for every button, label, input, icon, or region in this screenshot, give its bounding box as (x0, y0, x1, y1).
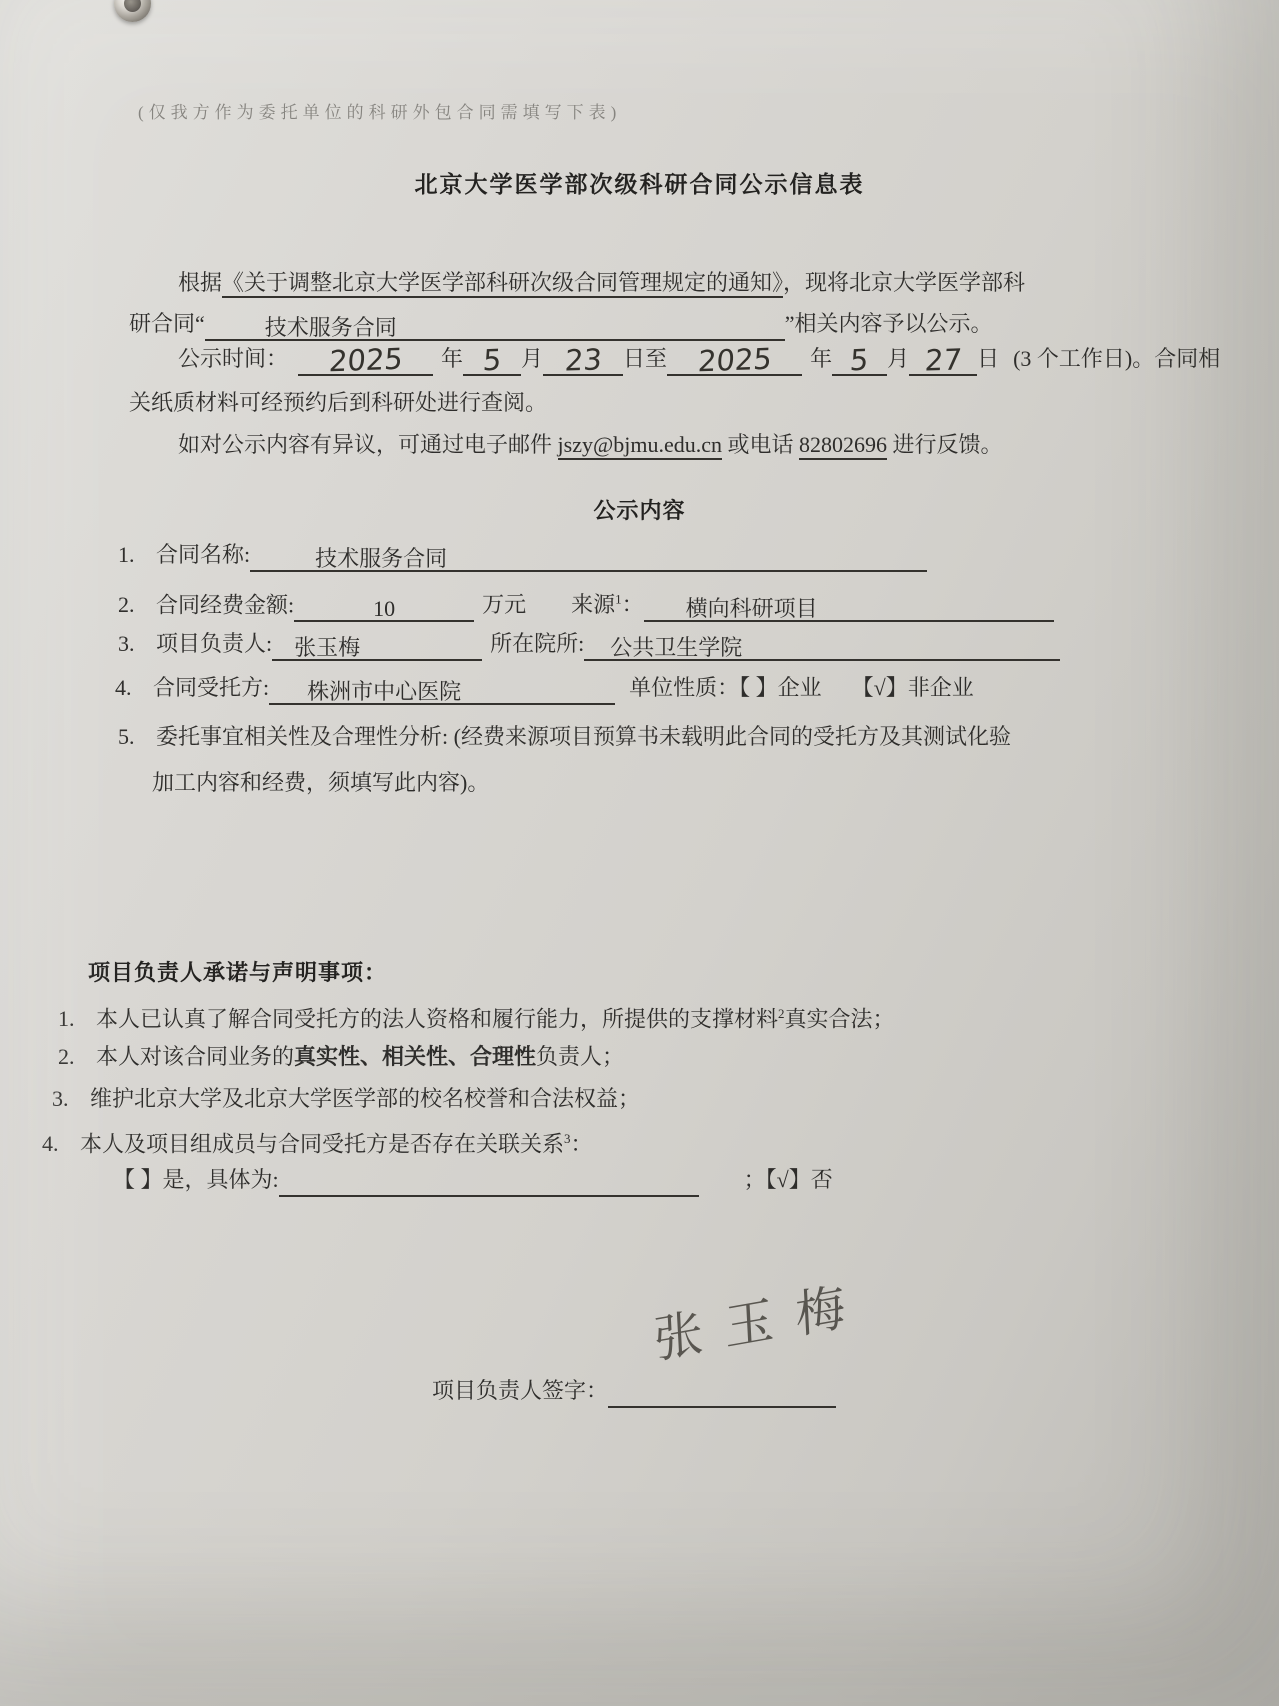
item3-dept-value: 公共卫生学院 (610, 635, 742, 660)
item3-value: 张玉梅 (294, 635, 360, 660)
item2-amount: 10 (373, 596, 395, 621)
item2-source-label: 来源1： (571, 592, 644, 617)
feedback-line: 如对公示内容有异议，可通过电子邮件 jszy@bjmu.edu.cn 或电话 8… (178, 428, 1003, 462)
form-title: 北京大学医学部次级科研合同公示信息表 (0, 168, 1279, 202)
content-item-3: 3.项目负责人:张玉梅所在院所:公共卫生学院 (118, 627, 1060, 661)
feedback-mid: 或电话 (722, 432, 799, 457)
item3-dept-label: 所在院所: (490, 631, 584, 656)
enterprise-checkbox: 【 】企业 (739, 675, 822, 700)
content-item-2: 2.合同经费金额:10万元来源1：横向科研项目 (118, 583, 1054, 622)
content-heading: 公示内容 (0, 494, 1279, 528)
intro-line2-post: ”相关内容予以公示。 (785, 311, 993, 336)
feedback-post: 进行反馈。 (887, 432, 1003, 457)
photo-vignette (0, 0, 1279, 1706)
relation-no-checkbox: 【√】否 (766, 1167, 833, 1192)
publicity-time-label: 公示时间： (178, 346, 288, 371)
item3-label: 项目负责人: (156, 631, 272, 656)
intro-pre: 根据 (178, 270, 222, 295)
decl2-number: 2. (58, 1040, 96, 1074)
declaration-item-3: 3.维护北京大学及北京大学医学部的校名校誉和合法权益； (52, 1082, 640, 1116)
feedback-pre: 如对公示内容有异议，可通过电子邮件 (178, 432, 558, 457)
item5-text-1: 委托事宜相关性及合理性分析: (经费来源项目预算书未载明此合同的受托方及其测试化… (156, 724, 1011, 749)
item4-trustee-blank: 株洲市中心医院 (269, 675, 615, 705)
unit-day-to: 日至 (623, 346, 667, 371)
non-enterprise-checkbox: 【√】非企业 (852, 675, 974, 700)
declaration-item-1: 1.本人已认真了解合同受托方的法人资格和履行能力，所提供的支撑材料2真实合法； (58, 997, 895, 1036)
item4-nature-label: 单位性质： (629, 675, 739, 700)
item3-name-blank: 张玉梅 (272, 631, 482, 661)
decl4-pre: 本人及项目组成员与合同受托方是否存在关联关系 (80, 1131, 564, 1156)
content-item-4: 4.合同受托方:株洲市中心医院单位性质：【 】企业【√】非企业 (115, 671, 974, 705)
item3-dept-blank: 公共卫生学院 (584, 631, 1060, 661)
item1-number: 1. (118, 538, 156, 572)
notice-title: 《关于调整北京大学医学部科研次级合同管理规定的通知》 (222, 270, 783, 298)
decl2-bold-terms: 真实性、相关性、合理性 (294, 1044, 536, 1069)
item1-fill-blank: 技术服务合同 (250, 542, 927, 572)
signature-line: 项目负责人签字： (432, 1374, 836, 1408)
unit-month-2: 月 (887, 346, 909, 371)
intro-line2-pre: 研合同“ (129, 311, 205, 336)
handwritten-signature: 张玉梅 (652, 1263, 869, 1373)
intro-line-1: 根据《关于调整北京大学医学部科研次级合同管理规定的通知》，现将北京大学医学部科 (178, 266, 1025, 300)
start-day-blank: 23 (543, 346, 623, 376)
start-day-value: 23 (563, 342, 602, 377)
content-item-5-line2: 加工内容和经费，须填写此内容)。 (152, 766, 489, 800)
item4-value: 株洲市中心医院 (307, 679, 461, 704)
decl3-text: 维护北京大学及北京大学医学部的校名校誉和合法权益； (90, 1086, 640, 1111)
content-item-1: 1.合同名称:技术服务合同 (118, 538, 927, 572)
contract-name-fill-blank: 技术服务合同 (205, 311, 785, 341)
decl1-pre: 本人已认真了解合同受托方的法人资格和履行能力，所提供的支撑材料 (96, 1006, 778, 1031)
unit-year-2: 年 (810, 346, 832, 371)
item2-unit: 万元 (482, 592, 526, 617)
end-year-value: 2025 (696, 342, 772, 379)
content-item-5-line1: 5.委托事宜相关性及合理性分析: (经费来源项目预算书未载明此合同的受托方及其测… (118, 720, 1011, 754)
decl1-post: 真实合法； (785, 1006, 895, 1031)
start-month-value: 5 (482, 343, 503, 378)
item1-value: 技术服务合同 (315, 546, 447, 571)
contract-name-value: 技术服务合同 (265, 315, 397, 340)
relation-separator: ； (744, 1167, 766, 1192)
source-label-text: 来源 (571, 592, 615, 617)
end-month-blank: 5 (832, 346, 887, 376)
publicity-note: (3 个工作日)。合同相 (1013, 346, 1220, 371)
item4-label: 合同受托方: (153, 675, 269, 700)
relation-yes-checkbox: 【 】是，具体为: (113, 1167, 279, 1192)
end-month-value: 5 (849, 343, 870, 378)
feedback-email: jszy@bjmu.edu.cn (558, 432, 722, 460)
start-month-blank: 5 (463, 346, 521, 376)
declaration-heading: 项目负责人承诺与声明事项： (88, 956, 387, 990)
start-year-blank: 2025 (298, 346, 433, 376)
feedback-phone: 82802696 (799, 432, 887, 460)
item3-number: 3. (118, 627, 156, 661)
item2-source-value: 横向科研项目 (686, 596, 818, 621)
item2-label: 合同经费金额: (156, 592, 294, 617)
paper-pin-icon (114, 0, 151, 22)
signature-blank (608, 1378, 836, 1408)
item1-label: 合同名称: (156, 542, 250, 567)
end-day-blank: 27 (909, 346, 977, 376)
item4-number: 4. (115, 671, 153, 705)
item2-amount-blank: 10 (294, 592, 474, 622)
relation-answer-line: 【 】是，具体为:；【√】否 (113, 1163, 833, 1197)
item5-number: 5. (118, 720, 156, 754)
intro-post: ，现将北京大学医学部科 (783, 270, 1025, 295)
photographed-form-page: (仅我方作为委托单位的科研外包合同需填写下表) 北京大学医学部次级科研合同公示信… (0, 0, 1279, 1706)
publicity-line-2: 关纸质材料可经预约后到科研处进行查阅。 (129, 386, 547, 420)
relation-detail-blank (279, 1167, 699, 1197)
decl4-number: 4. (42, 1127, 80, 1161)
intro-line-2: 研合同“技术服务合同”相关内容予以公示。 (129, 307, 993, 341)
publicity-time-line: 公示时间：2025年5月23日至2025年5月27日(3 个工作日)。合同相 (178, 342, 1220, 376)
declaration-item-2: 2.本人对该合同业务的真实性、相关性、合理性负责人； (58, 1040, 624, 1074)
unit-month: 月 (521, 346, 543, 371)
item2-source-blank: 横向科研项目 (644, 592, 1054, 622)
item2-number: 2. (118, 588, 156, 622)
end-year-blank: 2025 (667, 346, 802, 376)
source-colon: ： (622, 592, 644, 617)
decl2-post: 负责人； (536, 1044, 624, 1069)
start-year-value: 2025 (327, 342, 403, 379)
end-day-value: 27 (923, 342, 962, 377)
decl2-pre: 本人对该合同业务的 (96, 1044, 294, 1069)
declaration-item-4: 4.本人及项目组成员与合同受托方是否存在关联关系3： (42, 1122, 593, 1161)
unit-day: 日 (977, 346, 999, 371)
decl1-number: 1. (58, 1002, 96, 1036)
decl3-number: 3. (52, 1082, 90, 1116)
top-note: (仅我方作为委托单位的科研外包合同需填写下表) (138, 96, 621, 130)
signature-label: 项目负责人签字： (432, 1378, 608, 1403)
decl4-post: ： (571, 1131, 593, 1156)
unit-year: 年 (441, 346, 463, 371)
